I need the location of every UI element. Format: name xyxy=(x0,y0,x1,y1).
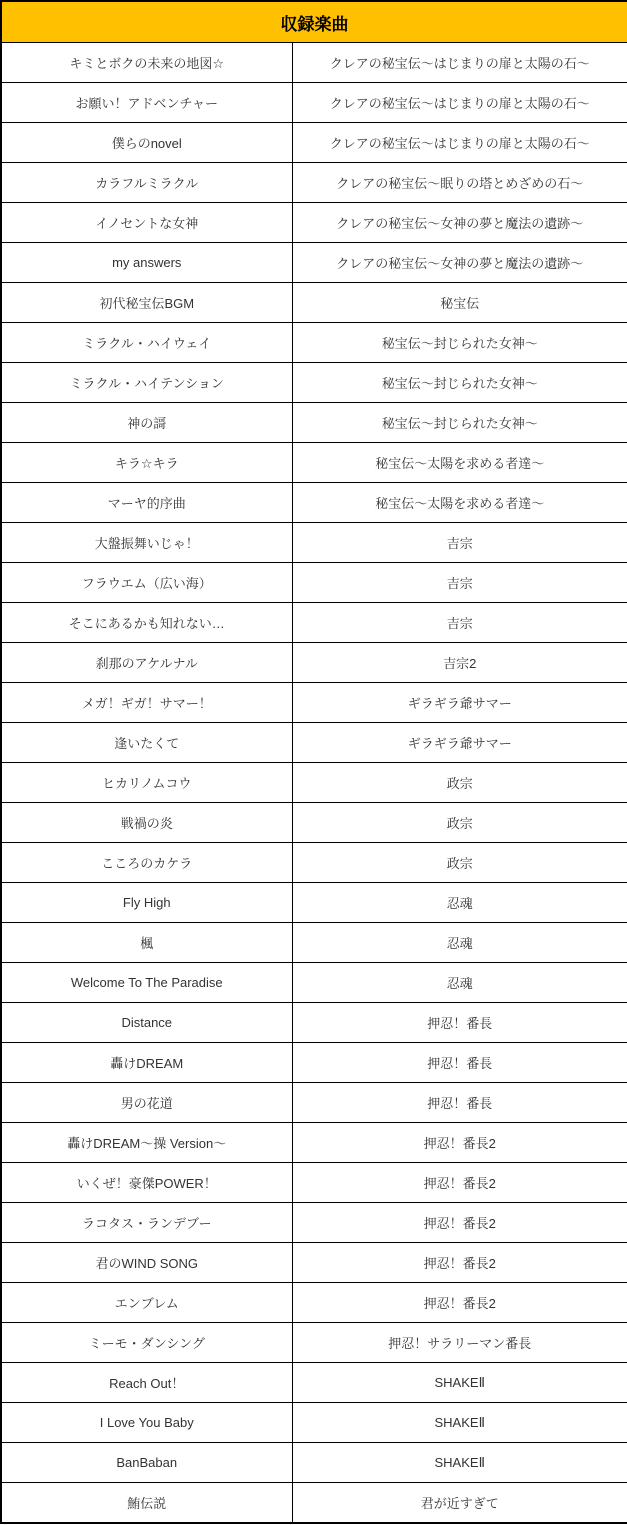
table-header-row: 収録楽曲 xyxy=(1,1,627,43)
table-row: ミーモ・ダンシング押忍！サラリーマン番長 xyxy=(1,1323,627,1363)
song-title-cell: マーヤ的序曲 xyxy=(1,483,292,523)
table-row: 初代秘宝伝BGM秘宝伝 xyxy=(1,283,627,323)
source-game-cell: SHAKEⅡ xyxy=(292,1363,627,1403)
song-title-cell: ヒカリノムコウ xyxy=(1,763,292,803)
song-title-cell: 大盤振舞いじゃ！ xyxy=(1,523,292,563)
song-title-cell: Distance xyxy=(1,1003,292,1043)
table-row: イノセントな女神クレアの秘宝伝～女神の夢と魔法の遺跡～ xyxy=(1,203,627,243)
source-game-cell: 押忍！番長 xyxy=(292,1003,627,1043)
song-title-cell: Welcome To The Paradise xyxy=(1,963,292,1003)
table-row: フラウエム（広い海）吉宗 xyxy=(1,563,627,603)
table-row: 轟けDREAM～操 Version～押忍！番長2 xyxy=(1,1123,627,1163)
source-game-cell: 押忍！番長2 xyxy=(292,1243,627,1283)
source-game-cell: クレアの秘宝伝～女神の夢と魔法の遺跡～ xyxy=(292,243,627,283)
song-title-cell: ラコタス・ランデブー xyxy=(1,1203,292,1243)
song-title-cell: my answers xyxy=(1,243,292,283)
song-title-cell: ミラクル・ハイウェイ xyxy=(1,323,292,363)
source-game-cell: 押忍！番長2 xyxy=(292,1283,627,1323)
song-title-cell: 轟けDREAM xyxy=(1,1043,292,1083)
source-game-cell: 政宗 xyxy=(292,803,627,843)
table-row: I Love You BabySHAKEⅡ xyxy=(1,1403,627,1443)
source-game-cell: クレアの秘宝伝～女神の夢と魔法の遺跡～ xyxy=(292,203,627,243)
source-game-cell: ギラギラ爺サマー xyxy=(292,723,627,763)
table-row: 轟けDREAM押忍！番長 xyxy=(1,1043,627,1083)
table-row: 男の花道押忍！番長 xyxy=(1,1083,627,1123)
source-game-cell: ギラギラ爺サマー xyxy=(292,683,627,723)
song-title-cell: BanBaban xyxy=(1,1443,292,1483)
song-title-cell: I Love You Baby xyxy=(1,1403,292,1443)
table-row: いくぜ！豪傑POWER！押忍！番長2 xyxy=(1,1163,627,1203)
source-game-cell: 忍魂 xyxy=(292,923,627,963)
song-title-cell: フラウエム（広い海） xyxy=(1,563,292,603)
song-title-cell: メガ！ギガ！サマー！ xyxy=(1,683,292,723)
source-game-cell: 吉宗 xyxy=(292,563,627,603)
song-title-cell: 刹那のアケルナル xyxy=(1,643,292,683)
song-title-cell: ミーモ・ダンシング xyxy=(1,1323,292,1363)
source-game-cell: 押忍！サラリーマン番長 xyxy=(292,1323,627,1363)
source-game-cell: 政宗 xyxy=(292,763,627,803)
source-game-cell: 秘宝伝 xyxy=(292,283,627,323)
table-row: 戦禍の炎政宗 xyxy=(1,803,627,843)
table-row: メガ！ギガ！サマー！ギラギラ爺サマー xyxy=(1,683,627,723)
table-row: Welcome To The Paradise忍魂 xyxy=(1,963,627,1003)
song-title-cell: こころのカケラ xyxy=(1,843,292,883)
table-row: ミラクル・ハイウェイ秘宝伝～封じられた女神～ xyxy=(1,323,627,363)
source-game-cell: 押忍！番長2 xyxy=(292,1203,627,1243)
song-list-table: 収録楽曲 キミとボクの未来の地図☆クレアの秘宝伝～はじまりの扉と太陽の石～お願い… xyxy=(0,0,627,1524)
table-row: こころのカケラ政宗 xyxy=(1,843,627,883)
table-row: 刹那のアケルナル吉宗2 xyxy=(1,643,627,683)
song-title-cell: キラ☆キラ xyxy=(1,443,292,483)
table-row: Reach Out！SHAKEⅡ xyxy=(1,1363,627,1403)
source-game-cell: 忍魂 xyxy=(292,963,627,1003)
table-row: 大盤振舞いじゃ！吉宗 xyxy=(1,523,627,563)
source-game-cell: クレアの秘宝伝～はじまりの扉と太陽の石～ xyxy=(292,43,627,83)
song-title-cell: Reach Out！ xyxy=(1,1363,292,1403)
source-game-cell: 秘宝伝～太陽を求める者達～ xyxy=(292,483,627,523)
source-game-cell: 吉宗 xyxy=(292,603,627,643)
source-game-cell: 秘宝伝～太陽を求める者達～ xyxy=(292,443,627,483)
song-title-cell: イノセントな女神 xyxy=(1,203,292,243)
song-title-cell: キミとボクの未来の地図☆ xyxy=(1,43,292,83)
song-title-cell: Fly High xyxy=(1,883,292,923)
table-row: マーヤ的序曲秘宝伝～太陽を求める者達～ xyxy=(1,483,627,523)
song-title-cell: 神の謌 xyxy=(1,403,292,443)
source-game-cell: SHAKEⅡ xyxy=(292,1443,627,1483)
table-row: 楓忍魂 xyxy=(1,923,627,963)
table-row: お願い！アドベンチャークレアの秘宝伝～はじまりの扉と太陽の石～ xyxy=(1,83,627,123)
table-row: 君のWIND SONG押忍！番長2 xyxy=(1,1243,627,1283)
table-row: ラコタス・ランデブー押忍！番長2 xyxy=(1,1203,627,1243)
song-title-cell: 楓 xyxy=(1,923,292,963)
table-row: 僕らのnovelクレアの秘宝伝～はじまりの扉と太陽の石～ xyxy=(1,123,627,163)
song-title-cell: 初代秘宝伝BGM xyxy=(1,283,292,323)
table-row: ミラクル・ハイテンション秘宝伝～封じられた女神～ xyxy=(1,363,627,403)
song-title-cell: 鮪伝説 xyxy=(1,1483,292,1524)
table-row: Fly High忍魂 xyxy=(1,883,627,923)
table-row: BanBabanSHAKEⅡ xyxy=(1,1443,627,1483)
source-game-cell: 吉宗 xyxy=(292,523,627,563)
song-title-cell: 男の花道 xyxy=(1,1083,292,1123)
source-game-cell: 吉宗2 xyxy=(292,643,627,683)
song-title-cell: そこにあるかも知れない… xyxy=(1,603,292,643)
source-game-cell: 押忍！番長2 xyxy=(292,1163,627,1203)
source-game-cell: クレアの秘宝伝～はじまりの扉と太陽の石～ xyxy=(292,123,627,163)
table-row: ヒカリノムコウ政宗 xyxy=(1,763,627,803)
table-row: カラフルミラクルクレアの秘宝伝～眠りの塔とめざめの石～ xyxy=(1,163,627,203)
source-game-cell: クレアの秘宝伝～眠りの塔とめざめの石～ xyxy=(292,163,627,203)
song-title-cell: エンブレム xyxy=(1,1283,292,1323)
table-row: キラ☆キラ秘宝伝～太陽を求める者達～ xyxy=(1,443,627,483)
song-list-page: 収録楽曲 キミとボクの未来の地図☆クレアの秘宝伝～はじまりの扉と太陽の石～お願い… xyxy=(0,0,627,1524)
song-title-cell: いくぜ！豪傑POWER！ xyxy=(1,1163,292,1203)
song-title-cell: ミラクル・ハイテンション xyxy=(1,363,292,403)
source-game-cell: 秘宝伝～封じられた女神～ xyxy=(292,323,627,363)
table-row: キミとボクの未来の地図☆クレアの秘宝伝～はじまりの扉と太陽の石～ xyxy=(1,43,627,83)
table-row: Distance押忍！番長 xyxy=(1,1003,627,1043)
table-title: 収録楽曲 xyxy=(1,1,627,43)
table-row: 逢いたくてギラギラ爺サマー xyxy=(1,723,627,763)
song-title-cell: 戦禍の炎 xyxy=(1,803,292,843)
table-row: そこにあるかも知れない…吉宗 xyxy=(1,603,627,643)
source-game-cell: SHAKEⅡ xyxy=(292,1403,627,1443)
song-title-cell: お願い！アドベンチャー xyxy=(1,83,292,123)
table-row: 神の謌秘宝伝～封じられた女神～ xyxy=(1,403,627,443)
song-title-cell: 轟けDREAM～操 Version～ xyxy=(1,1123,292,1163)
table-row: my answersクレアの秘宝伝～女神の夢と魔法の遺跡～ xyxy=(1,243,627,283)
source-game-cell: 君が近すぎて xyxy=(292,1483,627,1524)
source-game-cell: 押忍！番長 xyxy=(292,1083,627,1123)
table-body: キミとボクの未来の地図☆クレアの秘宝伝～はじまりの扉と太陽の石～お願い！アドベン… xyxy=(1,43,627,1524)
table-row: 鮪伝説君が近すぎて xyxy=(1,1483,627,1524)
source-game-cell: クレアの秘宝伝～はじまりの扉と太陽の石～ xyxy=(292,83,627,123)
song-title-cell: 君のWIND SONG xyxy=(1,1243,292,1283)
song-title-cell: 僕らのnovel xyxy=(1,123,292,163)
table-row: エンブレム押忍！番長2 xyxy=(1,1283,627,1323)
song-title-cell: カラフルミラクル xyxy=(1,163,292,203)
source-game-cell: 秘宝伝～封じられた女神～ xyxy=(292,403,627,443)
source-game-cell: 押忍！番長2 xyxy=(292,1123,627,1163)
source-game-cell: 押忍！番長 xyxy=(292,1043,627,1083)
source-game-cell: 秘宝伝～封じられた女神～ xyxy=(292,363,627,403)
source-game-cell: 政宗 xyxy=(292,843,627,883)
song-title-cell: 逢いたくて xyxy=(1,723,292,763)
source-game-cell: 忍魂 xyxy=(292,883,627,923)
